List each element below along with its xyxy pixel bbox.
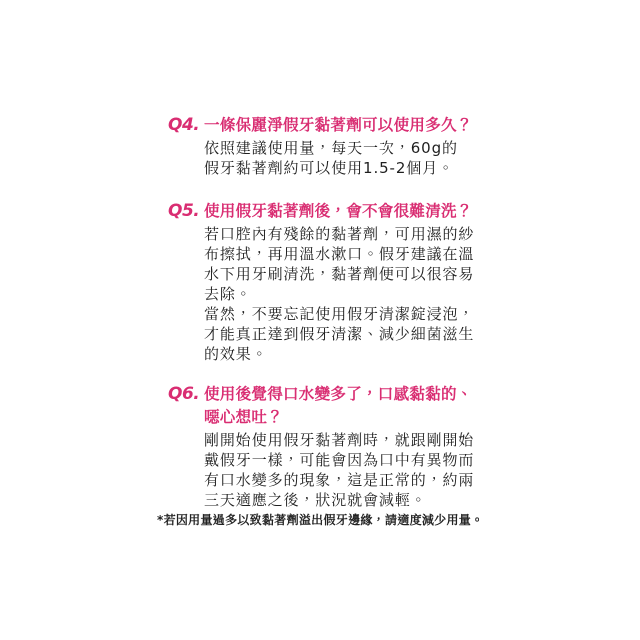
question-text-q4: 一條保麗淨假牙黏著劑可以使用多久？ <box>204 114 508 137</box>
question-number-q6: Q6. <box>168 383 204 406</box>
question-number-q5: Q5. <box>168 200 204 223</box>
question-number-q4: Q4. <box>168 114 204 137</box>
faq-page: Q4. 一條保麗淨假牙黏著劑可以使用多久？ 依照建議使用量，每天一次，60g的 … <box>0 0 640 640</box>
answer-text-q6: 剛開始使用假牙黏著劑時，就跟剛開始 戴假牙一樣，可能會因為口中有異物而 有口水變… <box>204 430 508 510</box>
faq-content-q6: 使用後覺得口水變多了，口感黏黏的、 噁心想吐？ 剛開始使用假牙黏著劑時，就跟剛開… <box>204 383 508 510</box>
answer-text-q5: 若口腔內有殘餘的黏著劑，可用濕的紗 布擦拭，再用溫水漱口。假牙建議在溫 水下用牙… <box>204 224 508 364</box>
footnote: *若因用量過多以致黏著劑溢出假牙邊緣，請適度減少用量。 <box>157 511 483 528</box>
faq-item-q5: Q5. 使用假牙黏著劑後，會不會很難清洗？ 若口腔內有殘餘的黏著劑，可用濕的紗 … <box>168 200 508 364</box>
question-text-q5: 使用假牙黏著劑後，會不會很難清洗？ <box>204 200 508 223</box>
faq-content-q5: 使用假牙黏著劑後，會不會很難清洗？ 若口腔內有殘餘的黏著劑，可用濕的紗 布擦拭，… <box>204 200 508 364</box>
question-text-q6: 使用後覺得口水變多了，口感黏黏的、 噁心想吐？ <box>204 383 508 429</box>
faq-item-q6: Q6. 使用後覺得口水變多了，口感黏黏的、 噁心想吐？ 剛開始使用假牙黏著劑時，… <box>168 383 508 510</box>
faq-content-q4: 一條保麗淨假牙黏著劑可以使用多久？ 依照建議使用量，每天一次，60g的 假牙黏著… <box>204 114 508 178</box>
answer-text-q4: 依照建議使用量，每天一次，60g的 假牙黏著劑約可以使用1.5-2個月。 <box>204 138 508 178</box>
faq-item-q4: Q4. 一條保麗淨假牙黏著劑可以使用多久？ 依照建議使用量，每天一次，60g的 … <box>168 114 508 178</box>
